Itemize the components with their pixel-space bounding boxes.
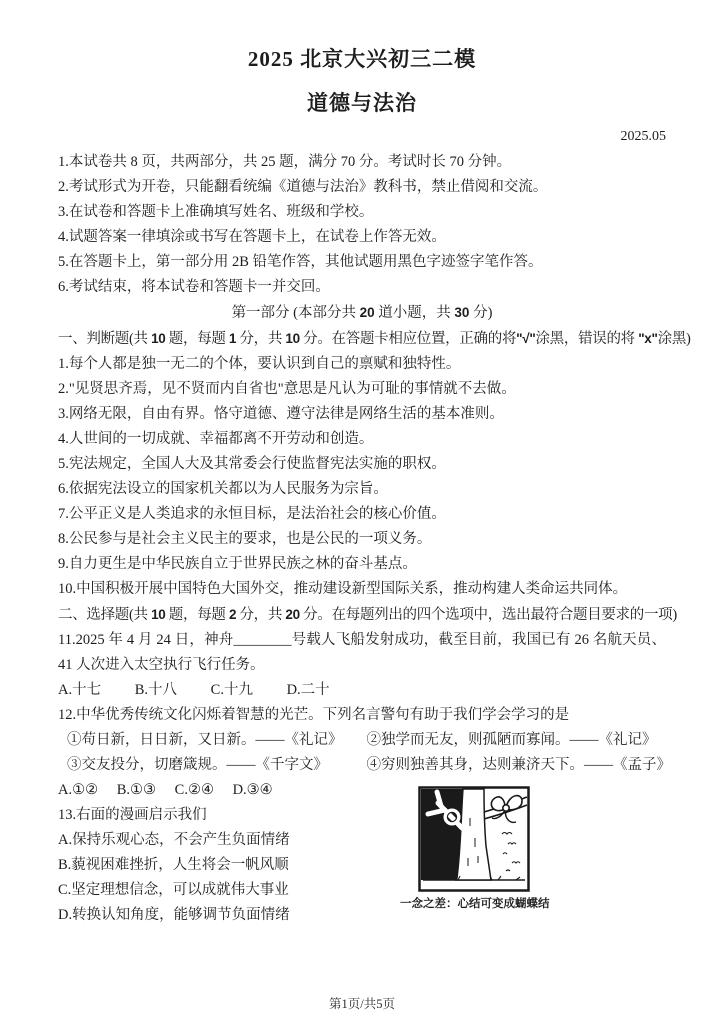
option-11-c: C.十九 [211,682,253,698]
notice-item: 2.考试形式为开卷，只能翻看统编《道德与法治》教科书，禁止借阅和交流。 [58,175,666,200]
judgement-item: 1.每个人都是独一无二的个体，要认识到自己的禀赋和独特性。 [58,352,666,377]
part1-heading: 第一部分 (本部分共 20 道小题，共 30 分) [58,300,666,326]
judgement-item: 8.公民参与是社会主义民主的要求，也是公民的一项义务。 [58,527,666,552]
judgement-item: 5.宪法规定，全国人大及其常委会行使监督宪法实施的职权。 [58,452,666,477]
question-11-stem: 11.2025 年 4 月 24 日，神舟________号载人飞船发射成功，截… [58,628,666,678]
exam-paper-page: 2025 北京大兴初三二模 道德与法治 2025.05 1.本试卷共 8 页，共… [0,0,724,1024]
judgement-item: 9.自力更生是中华民族自立于世界民族之林的奋斗基点。 [58,552,666,577]
quote-item: ②独学而无友，则孤陋而寡闻。——《礼记》 [367,728,667,753]
notice-item: 4.试题答案一律填涂或书写在答题卡上，在试卷上作答无效。 [58,225,666,250]
notice-item: 5.在答题卡上，第一部分用 2B 铅笔作答，其他试题用黑色字迹签字笔作答。 [58,250,666,275]
exam-date: 2025.05 [0,126,724,148]
judgement-item: 2."见贤思齐焉，见不贤而内自省也"意思是凡认为可耻的事情就不去做。 [58,377,666,402]
option-12-c: C.②④ [175,782,214,798]
subject-title: 道德与法治 [0,88,724,118]
option-13-c: C.坚定理想信念，可以成就伟大事业 [58,878,666,903]
judgement-item: 3.网络无限，自由有界。恪守道德、遵守法律是网络生活的基本准则。 [58,402,666,427]
notice-item: 6.考试结束，将本试卷和答题卡一并交回。 [58,275,666,300]
question-12-stem: 12.中华优秀传统文化闪烁着智慧的光芒。下列名言警句有助于我们学会学习的是 [58,703,666,728]
cartoon-caption: 一念之差：心结可变成蝴蝶结 [400,896,548,912]
notice-item: 1.本试卷共 8 页，共两部分，共 25 题，满分 70 分。考试时长 70 分… [58,150,666,175]
notice-item: 3.在试卷和答题卡上准确填写姓名、班级和学校。 [58,200,666,225]
quote-item: ③交友投分，切磨箴规。——《千字文》 [67,753,343,778]
option-11-d: D.二十 [287,682,330,698]
question-11-options: A.十七 B.十八 C.十九 D.二十 [58,678,666,703]
choice-section-heading: 二、选择题(共 10 题，每题 2 分，共 20 分。在每题列出的四个选项中，选… [58,602,666,628]
option-11-a: A.十七 [58,682,101,698]
cartoon-figure: 一念之差：心结可变成蝴蝶结 [400,786,548,912]
question-13-stem: 13.右面的漫画启示我们 [58,803,666,828]
option-13-a: A.保持乐观心态，不会产生负面情绪 [58,828,666,853]
quote-item: ①苟日新，日日新，又日新。——《礼记》 [67,728,343,753]
page-title: 2025 北京大兴初三二模 [0,0,724,74]
option-13-b: B.藐视困难挫折，人生将会一帆风顺 [58,853,666,878]
exam-body: 1.本试卷共 8 页，共两部分，共 25 题，满分 70 分。考试时长 70 分… [0,150,724,928]
question-12-quotes: ①苟日新，日日新，又日新。——《礼记》 ②独学而无友，则孤陋而寡闻。——《礼记》… [58,728,666,778]
question-13-options: A.保持乐观心态，不会产生负面情绪 B.藐视困难挫折，人生将会一帆风顺 C.坚定… [58,828,666,928]
option-12-b: B.①③ [117,782,156,798]
judgement-item: 4.人世间的一切成就、幸福都离不开劳动和创造。 [58,427,666,452]
question-12-options: A.①② B.①③ C.②④ D.③④ [58,778,666,803]
cartoon-image [418,786,530,892]
option-12-a: A.①② [58,782,98,798]
option-13-d: D.转换认知角度，能够调节负面情绪 [58,903,666,928]
option-11-b: B.十八 [135,682,177,698]
judgement-item: 7.公平正义是人类追求的永恒目标，是法治社会的核心价值。 [58,502,666,527]
quote-item: ④穷则独善其身，达则兼济天下。——《孟子》 [367,753,667,778]
judgement-item: 6.依据宪法设立的国家机关都以为人民服务为宗旨。 [58,477,666,502]
option-12-d: D.③④ [233,782,273,798]
page-number: 第1页/共5页 [0,992,724,1017]
judgement-section-heading: 一、判断题(共 10 题，每题 1 分，共 10 分。在答题卡相应位置，正确的将… [58,326,666,352]
judgement-item: 10.中国积极开展中国特色大国外交，推动建设新型国际关系，推动构建人类命运共同体… [58,577,666,602]
